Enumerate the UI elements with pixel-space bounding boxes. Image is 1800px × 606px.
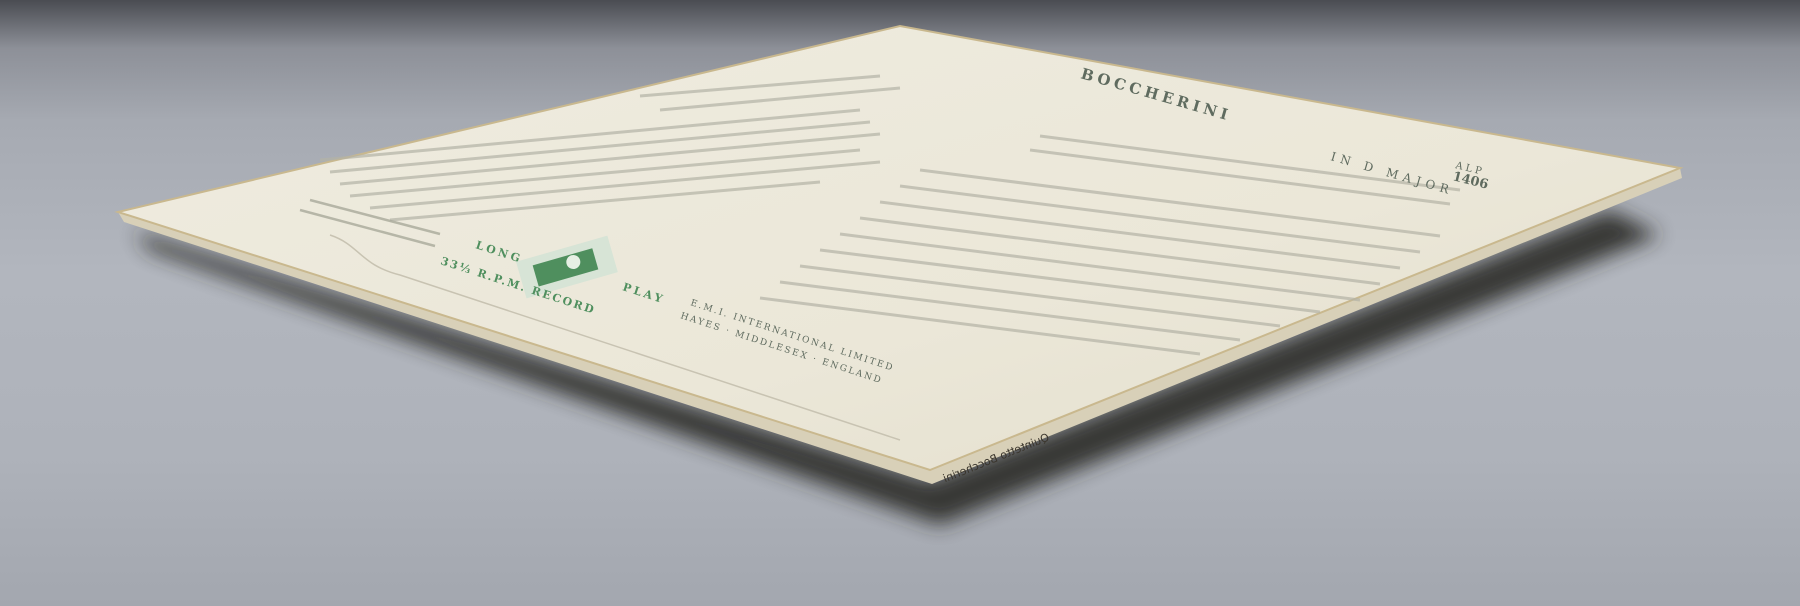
photo-scene: BOCCHERINI IN D MAJOR ALP 1406 LONG PLAY… [0,0,1800,606]
record-sleeve-illustration: BOCCHERINI IN D MAJOR ALP 1406 LONG PLAY… [0,0,1800,606]
